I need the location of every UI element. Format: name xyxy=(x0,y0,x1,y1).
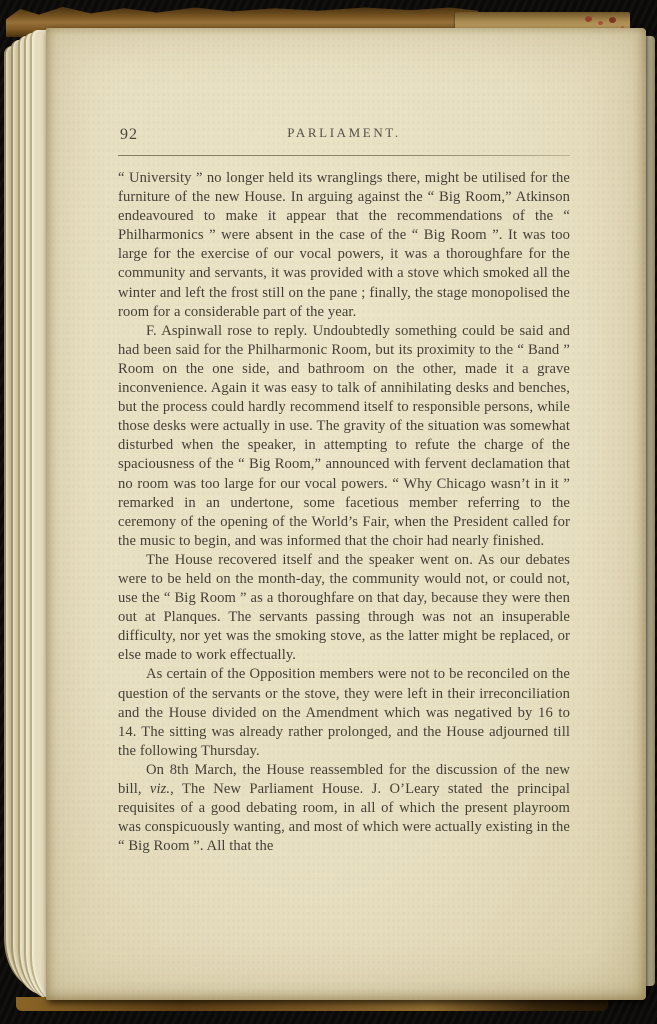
header-rule xyxy=(118,155,570,156)
paragraph: F. Aspinwall rose to reply. Undoubtedly … xyxy=(118,322,570,551)
paragraph: The House recovered itself and the speak… xyxy=(118,551,570,666)
latin-abbreviation: viz. xyxy=(150,781,170,797)
page-number: 92 xyxy=(120,126,138,144)
body-text: “ University ” no longer held its wrangl… xyxy=(118,169,570,856)
paragraph-text: , The New Parliament House. J. O’Leary s… xyxy=(118,781,570,854)
paragraph: As certain of the Opposition members wer… xyxy=(118,665,570,760)
pressed-flower-debris xyxy=(585,16,592,22)
page-content: 92 PARLIAMENT. “ University ” no longer … xyxy=(118,28,570,856)
book-page: 92 PARLIAMENT. “ University ” no longer … xyxy=(46,28,646,1000)
page-header: 92 PARLIAMENT. xyxy=(118,125,570,145)
paragraph: “ University ” no longer held its wrangl… xyxy=(118,169,570,322)
book-photo: 92 PARLIAMENT. “ University ” no longer … xyxy=(0,0,657,1024)
paragraph: On 8th March, the House reassembled for … xyxy=(118,761,570,856)
running-header: PARLIAMENT. xyxy=(118,125,570,141)
